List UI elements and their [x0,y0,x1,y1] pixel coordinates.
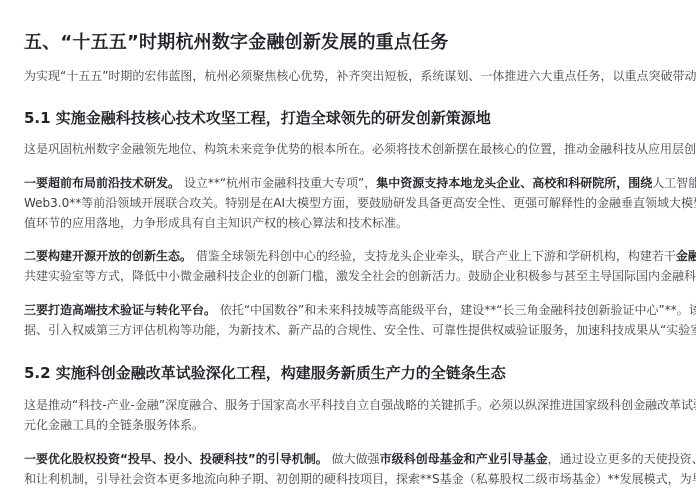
subsection-title-5-1: 5.1 实施金融科技核心技术攻坚工程，打造全球领先的研发创新策源地 [24,107,491,128]
task-lead: 一要优化股权投资“投早、投小、投硬科技”的引导机制。 [24,452,328,466]
task-paragraph-2-line-1: 二要构建开源开放的创新生态。 借鉴全球领先科创中心的经验，支持龙头企业牵头，联合… [24,246,696,266]
task-text: 设立**“杭州市金融科技重大专项”， [180,176,376,190]
section-intro: 为实现“十五五”时期的宏伟蓝图，杭州必须聚焦核心优势，补齐突出短板，系统谋划、一… [24,66,696,86]
task-text: ，通过设立更多的天使投资、创 [548,452,696,466]
task-text: 依托“中国数谷”和未来科技城等高能级平台，建设**“长三角金融科技创新验证中心”… [216,303,696,317]
task-paragraph-2-line-2: 共建实验室等方式，降低中小微金融科技企业的创新门槛，激发全社会的创新活力。鼓励企… [24,266,696,286]
task-paragraph-3-line-1: 三要打造高端技术验证与转化平台。 依托“中国数谷”和未来科技城等高能级平台，建设… [24,300,696,320]
task-paragraph-1-line-1: 一要超前布局前沿技术研发。 设立**“杭州市金融科技重大专项”，集中资源支持本地… [24,173,696,193]
task-paragraph-3-line-2: 据、引入权威第三方评估机构等功能，为新技术、新产品的合规性、安全性、可靠性提供权… [24,320,696,340]
subsection-intro-5-2-line-2: 元化金融工具的全链条服务体系。 [24,415,204,435]
task-emphasis: 金融科 [676,249,696,263]
task-paragraph-1-line-2: Web3.0**等前沿领域开展联合攻关。特别是在AI大模型方面，要鼓励研发具备更… [24,193,696,213]
task-paragraph-1-line-3: 值环节的应用落地，力争形成具有自主知识产权的核心算法和技术标准。 [24,213,408,233]
task-lead: 一要超前布局前沿技术研发。 [24,176,180,190]
task-emphasis: 市级科创母基金和产业引导基金 [380,452,548,466]
subsection-intro-5-1: 这是巩固杭州数字金融领先地位、构筑未来竞争优势的根本所在。必须将技术创新摆在最核… [24,139,696,159]
task-paragraph-5-2-1-line-2: 和让利机制，引导社会资本更多地流向种子期、初创期的硬科技项目，探索**S基金（私… [24,469,696,480]
section-title: 五、“十五五”时期杭州数字金融创新发展的重点任务 [24,28,448,54]
subsection-intro-5-2-line-1: 这是推动“科技-产业-金融”深度融合、服务于国家高水平科技自立自强战略的关键抓手… [24,395,696,415]
task-text: 借鉴全球领先科创中心的经验，支持龙头企业牵头，联合产业上下游和学研机构，构建若干 [192,249,676,263]
task-lead: 三要打造高端技术验证与转化平台。 [24,303,216,317]
subsection-title-5-2: 5.2 实施科创金融改革试验深化工程，构建服务新质生产力的全链条生态 [24,362,506,383]
task-text: 做大做强 [328,452,380,466]
task-lead: 二要构建开源开放的创新生态。 [24,249,192,263]
task-text: 人工智能大模 [652,176,696,190]
task-paragraph-5-2-1-line-1: 一要优化股权投资“投早、投小、投硬科技”的引导机制。 做大做强市级科创母基金和产… [24,449,696,469]
task-emphasis: 集中资源支持本地龙头企业、高校和科研院所，围绕 [376,176,652,190]
